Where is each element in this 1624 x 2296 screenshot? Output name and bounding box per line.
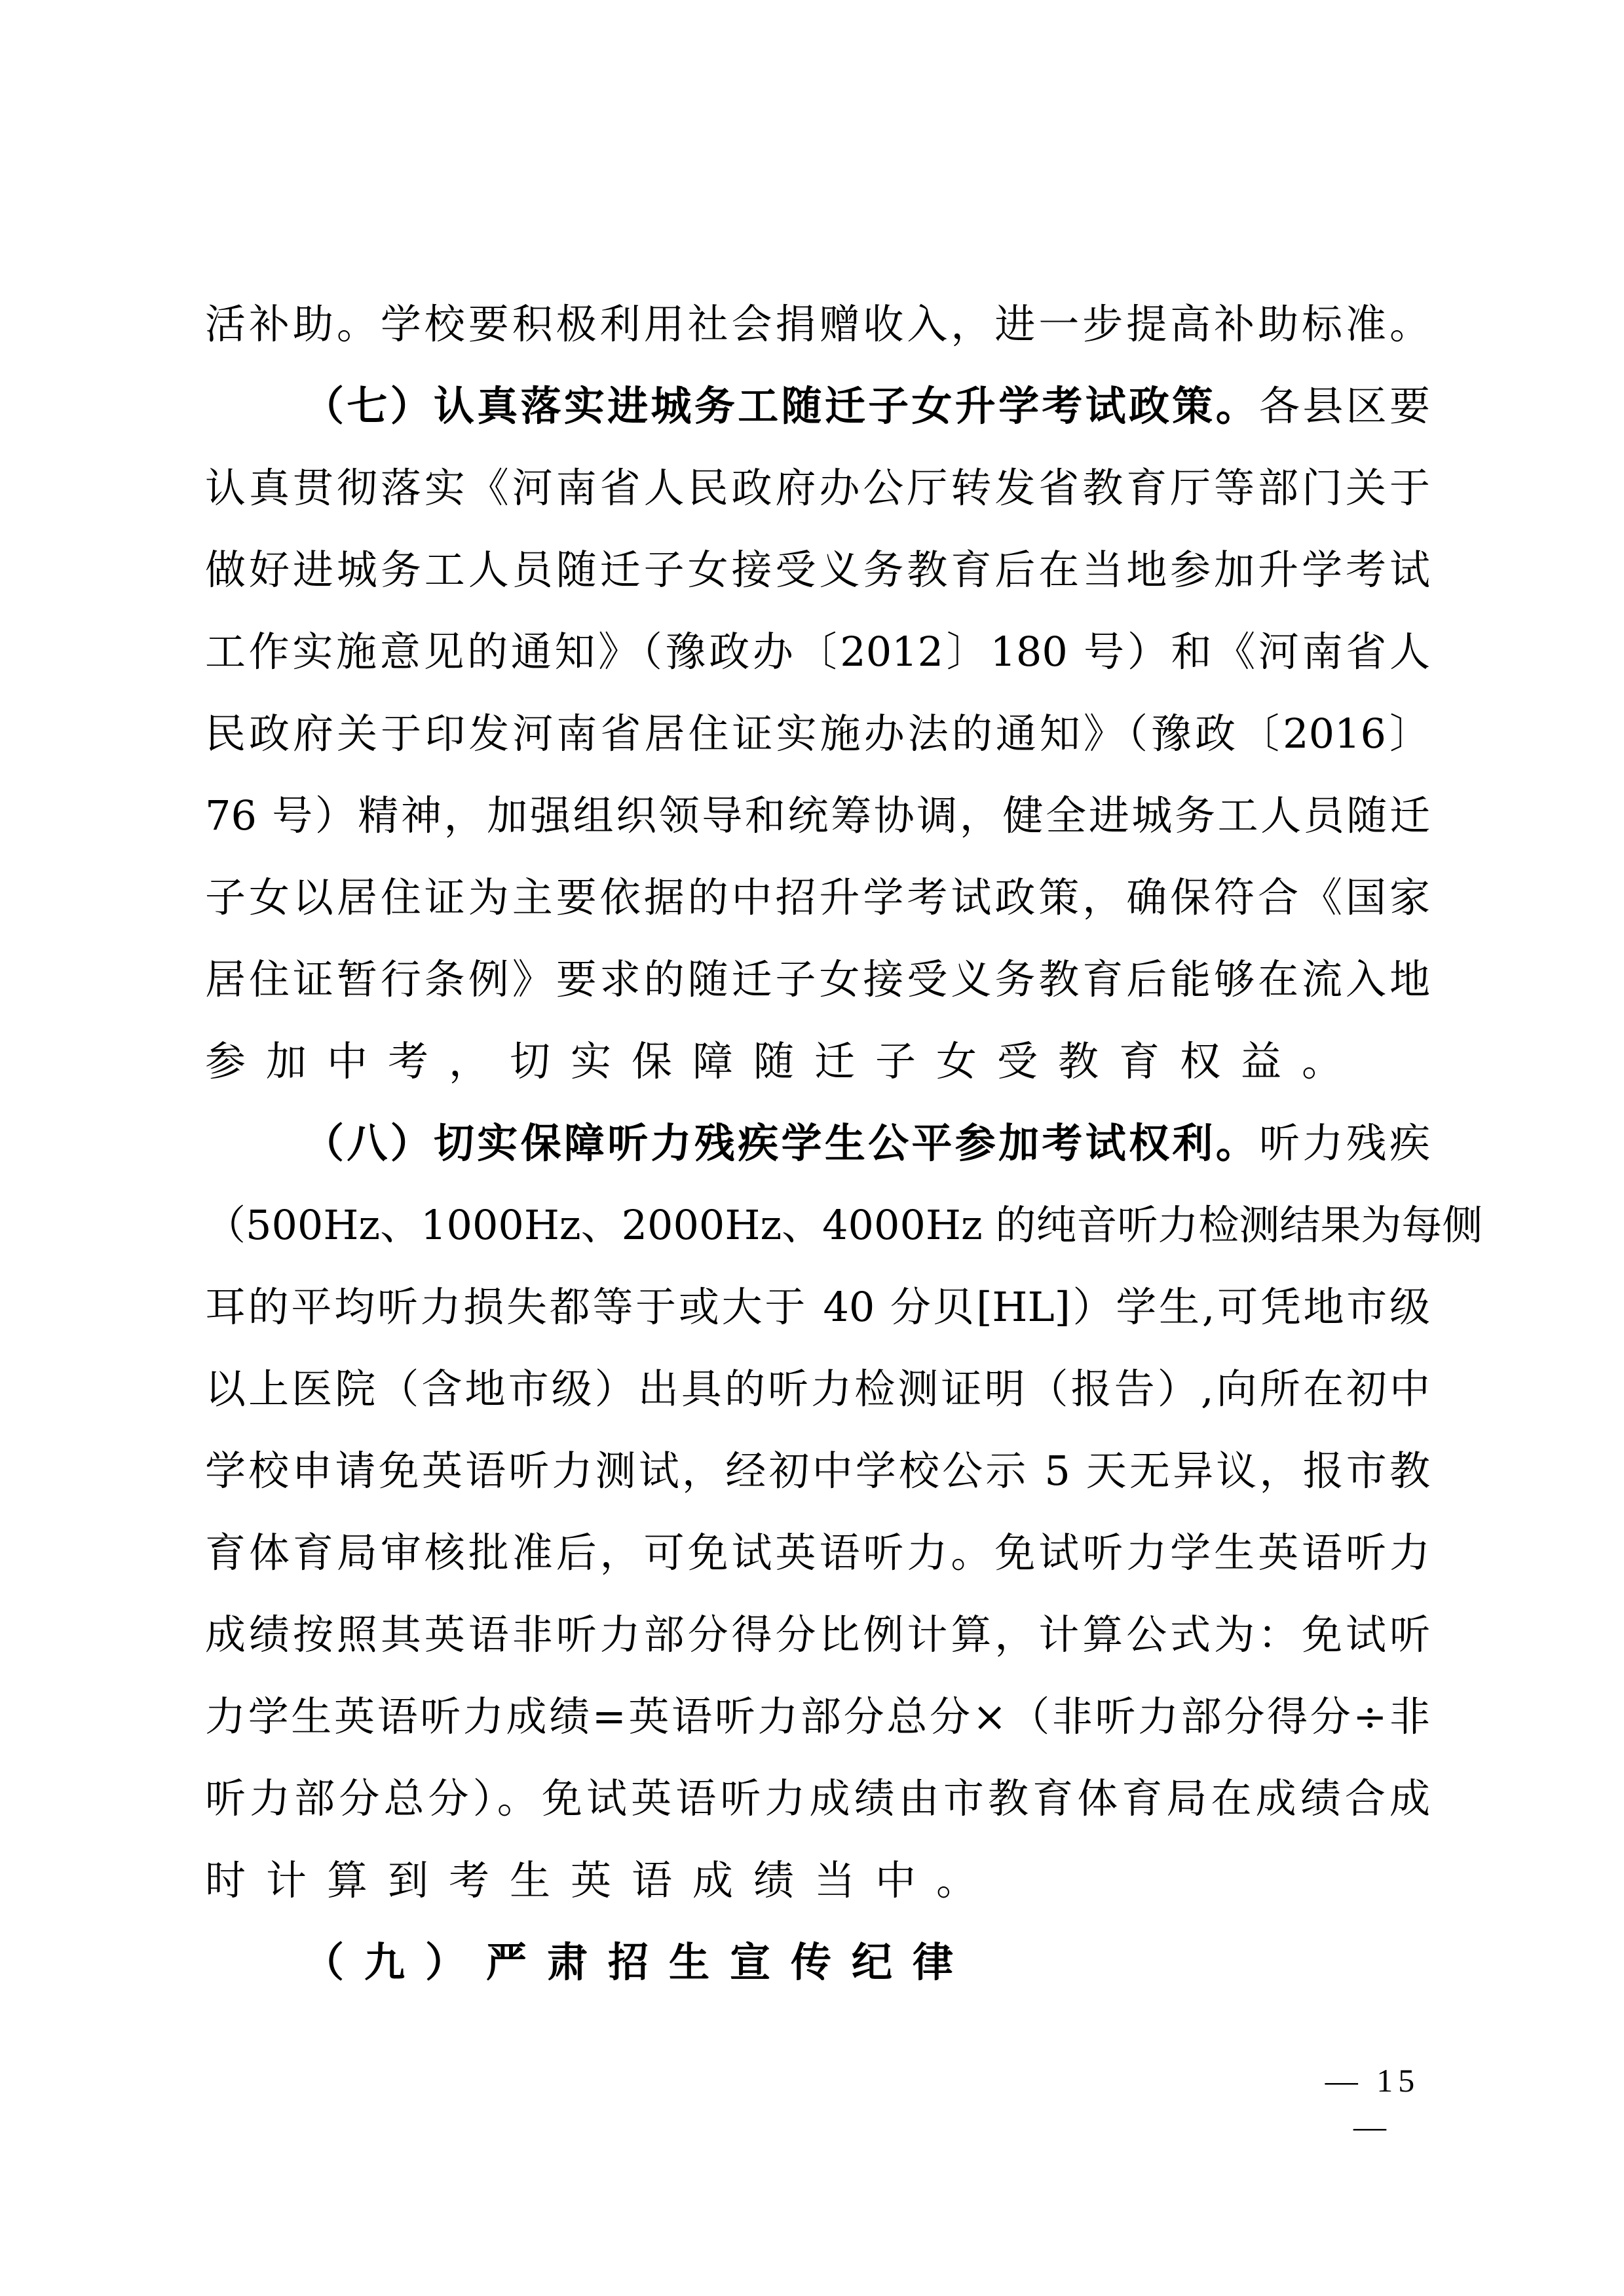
paragraph-line: 工作实施意见的通知》（豫政办〔2012〕180 号）和《河南省人	[205, 611, 1430, 693]
paragraph-line: 做好进城务工人员随迁子女接受义务教育后在当地参加升学考试	[205, 529, 1430, 611]
section-heading: （九）严肃招生宣传纪律	[303, 1938, 973, 1986]
section-8-heading-line: （八）切实保障听力残疾学生公平参加考试权利。听力残疾	[205, 1102, 1430, 1184]
paragraph-line: 成绩按照其英语非听力部分得分比例计算，计算公式为：免试听	[205, 1594, 1430, 1675]
paragraph-line: 力学生英语听力成绩=英语听力部分总分×（非听力部分得分÷非	[205, 1675, 1430, 1757]
document-page: 活补助。学校要积极利用社会捐赠收入，进一步提高补助标准。 （七）认真落实进城务工…	[0, 0, 1624, 2296]
paragraph-line: 子女以居住证为主要依据的中招升学考试政策，确保符合《国家	[205, 856, 1430, 938]
body-text: 活补助。学校要积极利用社会捐赠收入，进一步提高补助标准。 （七）认真落实进城务工…	[205, 283, 1430, 2003]
paragraph-line: 民政府关于印发河南省居住证实施办法的通知》（豫政〔2016〕	[205, 693, 1430, 775]
paragraph-line: 听力部分总分）。免试英语听力成绩由市教育体育局在成绩合成	[205, 1757, 1430, 1839]
section-heading: （八）切实保障听力残疾学生公平参加考试权利。	[303, 1119, 1259, 1167]
paragraph-line: 耳的平均听力损失都等于或大于 40 分贝[HL]）学生,可凭地市级	[205, 1266, 1430, 1348]
paragraph-line: 76 号）精神，加强组织领导和统筹协调，健全进城务工人员随迁	[205, 775, 1430, 856]
section-heading: （七）认真落实进城务工随迁子女升学考试政策。	[303, 382, 1259, 430]
page-number: — 15 —	[1304, 2057, 1441, 2149]
section-7-heading-line: （七）认真落实进城务工随迁子女升学考试政策。各县区要	[205, 365, 1430, 447]
paragraph-line: 活补助。学校要积极利用社会捐赠收入，进一步提高补助标准。	[205, 283, 1430, 365]
paragraph-text: 各县区要	[1259, 382, 1430, 430]
paragraph-line: 时计算到考生英语成绩当中。	[205, 1839, 1430, 1921]
paragraph-line: 学校申请免英语听力测试，经初中学校公示 5 天无异议，报市教	[205, 1430, 1430, 1512]
section-9-heading-line: （九）严肃招生宣传纪律	[205, 1921, 1430, 2003]
paragraph-line: 认真贯彻落实《河南省人民政府办公厅转发省教育厅等部门关于	[205, 447, 1430, 529]
paragraph-text: 听力残疾	[1259, 1119, 1430, 1167]
paragraph-line: 育体育局审核批准后，可免试英语听力。免试听力学生英语听力	[205, 1512, 1430, 1594]
paragraph-line: 以上医院（含地市级）出具的听力检测证明（报告）,向所在初中	[205, 1348, 1430, 1430]
paragraph-line: 居住证暂行条例》要求的随迁子女接受义务教育后能够在流入地	[205, 938, 1430, 1020]
paragraph-line: 参加中考，切实保障随迁子女受教育权益。	[205, 1020, 1430, 1102]
paragraph-line: （500Hz、1000Hz、2000Hz、4000Hz 的纯音听力检测结果为每侧	[205, 1184, 1430, 1266]
